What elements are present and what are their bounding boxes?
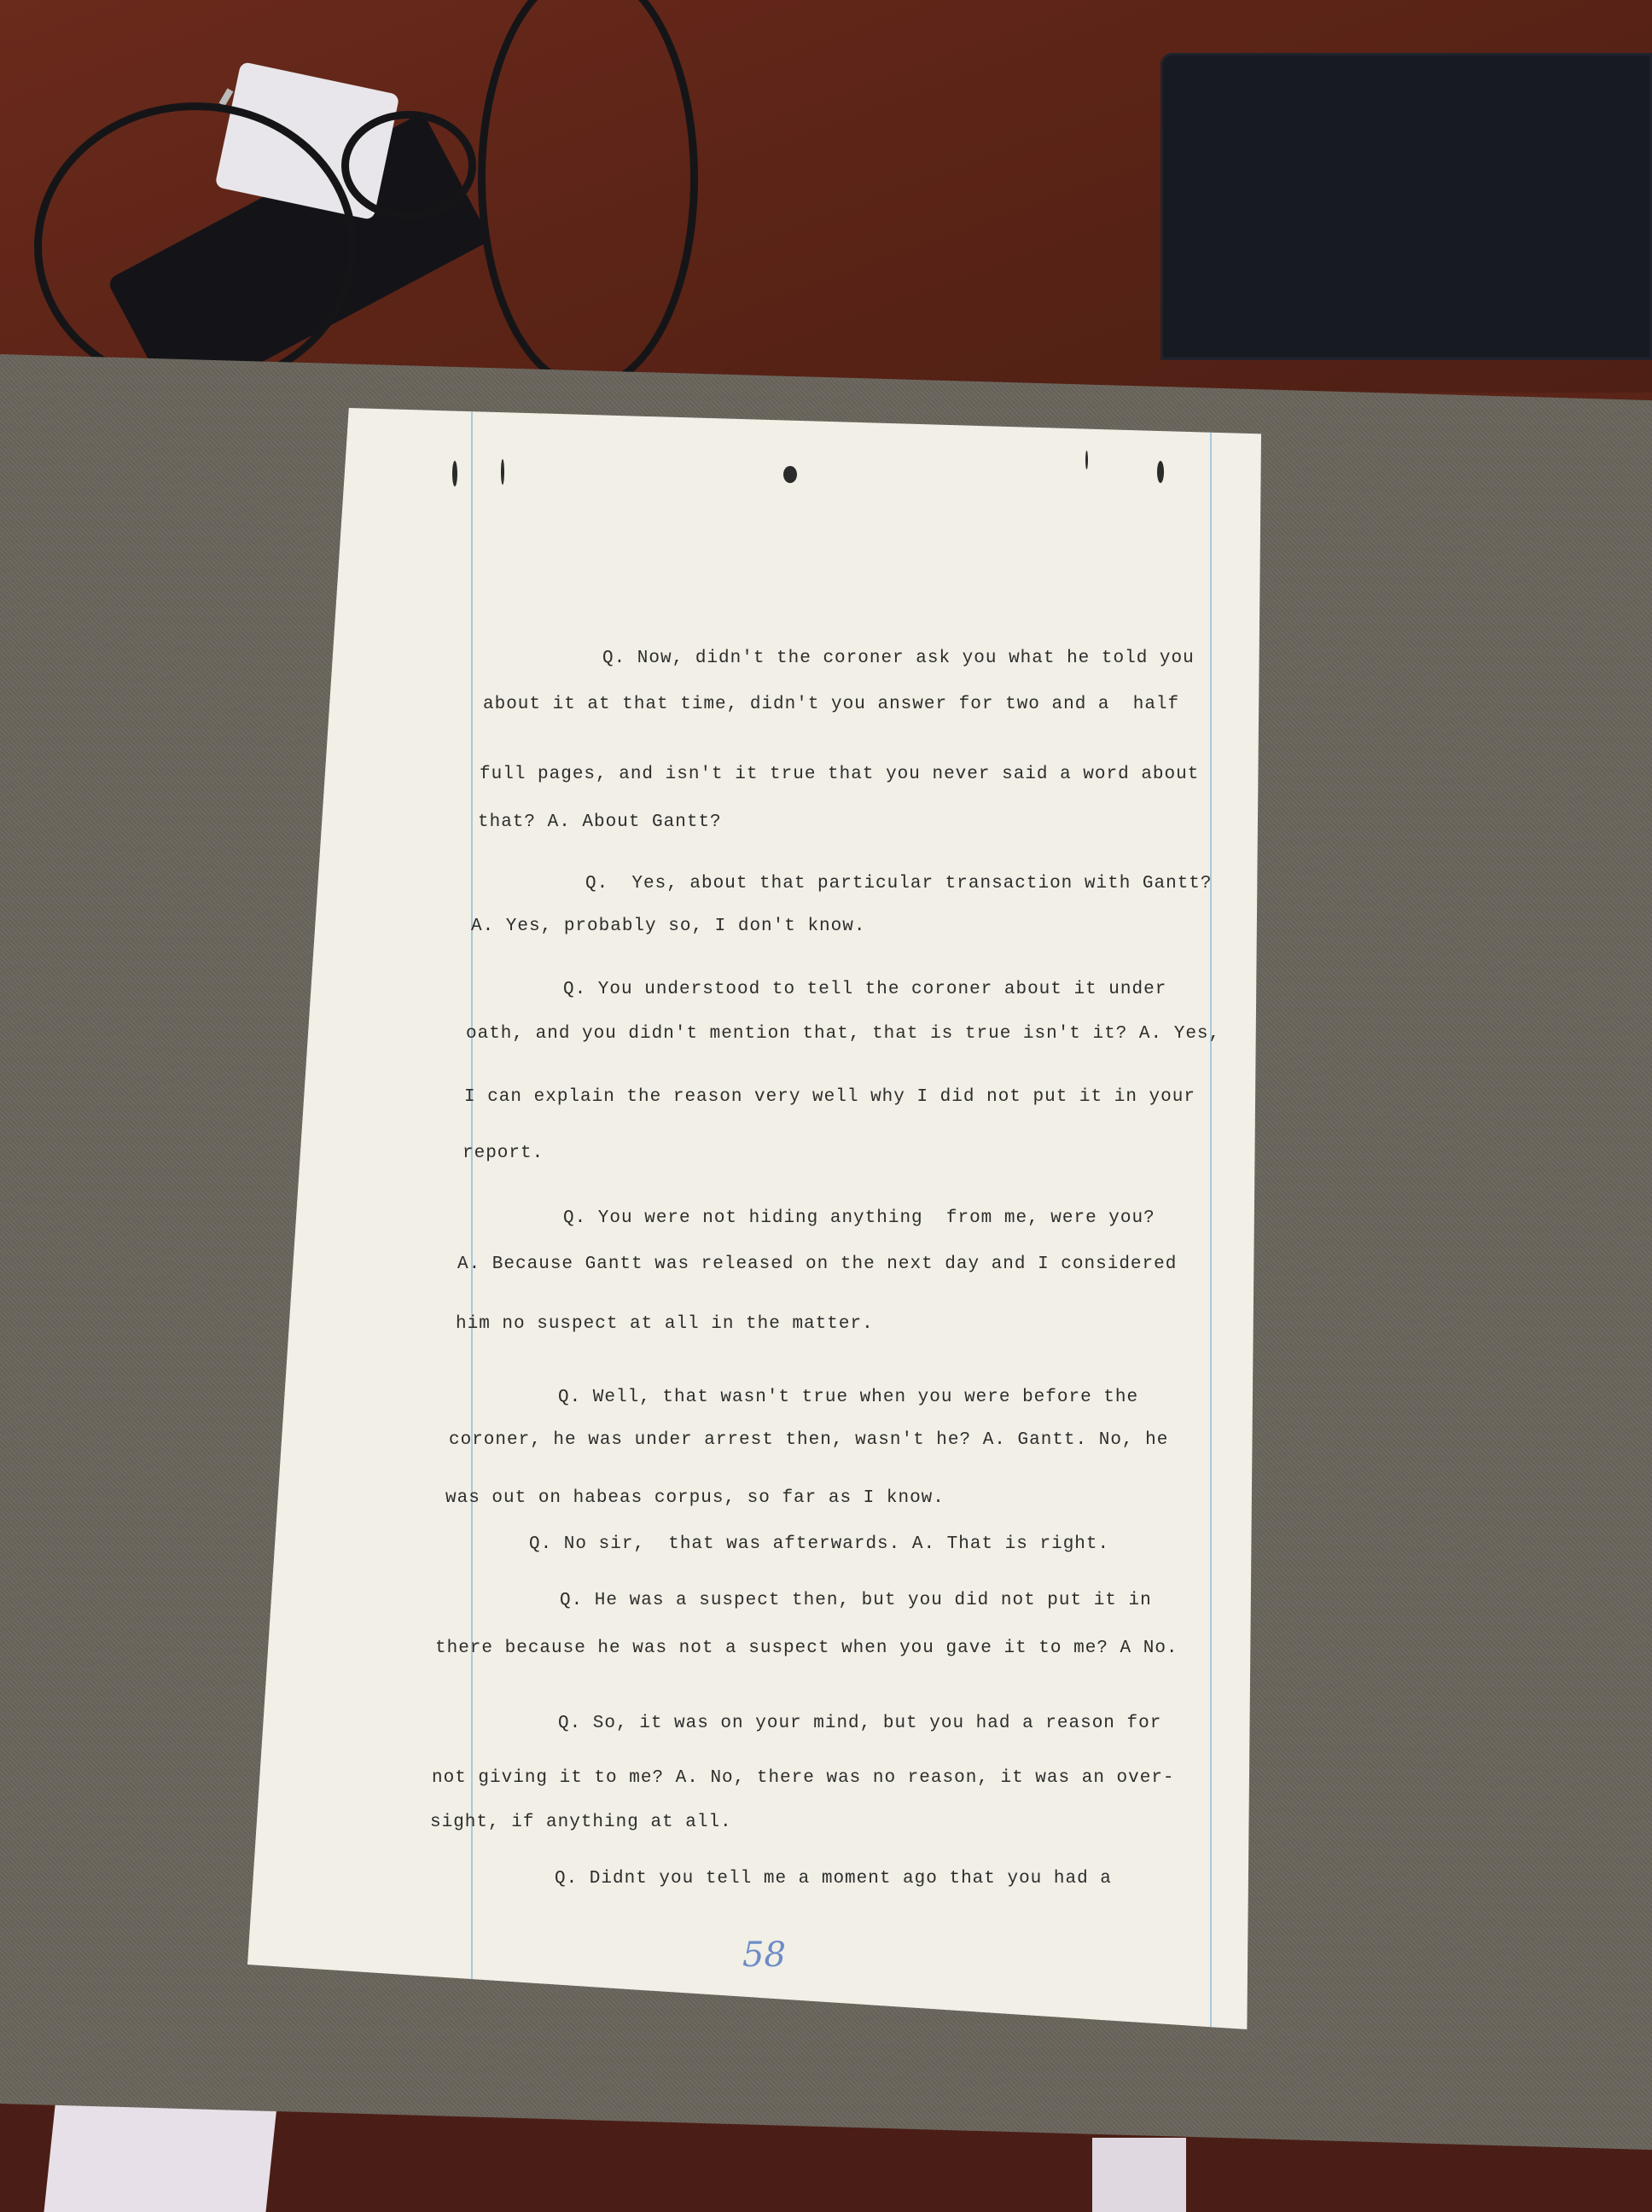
text-line: A. Yes, probably so, I don't know. — [471, 917, 865, 936]
cable-loop — [341, 111, 476, 220]
transcript-page: Q. Now, didn't the coroner ask you what … — [247, 408, 1261, 2029]
text-line: that? A. About Gantt? — [478, 812, 722, 832]
text-line: there because he was not a suspect when … — [435, 1639, 1178, 1658]
text-line: Q. You were not hiding anything from me,… — [563, 1208, 1155, 1228]
text-line: Q. He was a suspect then, but you did no… — [560, 1591, 1152, 1610]
tablet-case — [1160, 53, 1652, 360]
text-line: was out on habeas corpus, so far as I kn… — [445, 1488, 945, 1508]
text-line: him no suspect at all in the matter. — [456, 1314, 874, 1334]
text-line: Q. Well, that wasn't true when you were … — [558, 1388, 1138, 1407]
text-line: about it at that time, didn't you answer… — [483, 695, 1179, 714]
text-line: sight, if anything at all. — [430, 1813, 732, 1832]
text-line: oath, and you didn't mention that, that … — [466, 1024, 1220, 1044]
text-line: A. Because Gantt was released on the nex… — [457, 1254, 1177, 1274]
text-line: Q. You understood to tell the coroner ab… — [563, 980, 1166, 999]
white-stand-right — [1092, 2138, 1186, 2212]
handwritten-page-number: 58 — [742, 1935, 786, 1975]
text-line: report. — [462, 1144, 544, 1163]
cable-loop — [34, 102, 357, 391]
text-line: Q. No sir, that was afterwards. A. That … — [529, 1534, 1109, 1554]
text-line: Q. Didnt you tell me a moment ago that y… — [555, 1869, 1112, 1889]
text-line: coroner, he was under arrest then, wasn'… — [449, 1430, 1168, 1450]
text-line: Q. Now, didn't the coroner ask you what … — [602, 649, 1195, 668]
text-line: full pages, and isn't it true that you n… — [480, 765, 1199, 784]
text-line: I can explain the reason very well why I… — [464, 1087, 1195, 1107]
typed-text: Q. Now, didn't the coroner ask you what … — [247, 408, 1261, 2029]
text-line: not giving it to me? A. No, there was no… — [432, 1768, 1175, 1788]
text-line: Q. So, it was on your mind, but you had … — [558, 1714, 1161, 1733]
text-line: Q. Yes, about that particular transactio… — [585, 874, 1213, 894]
